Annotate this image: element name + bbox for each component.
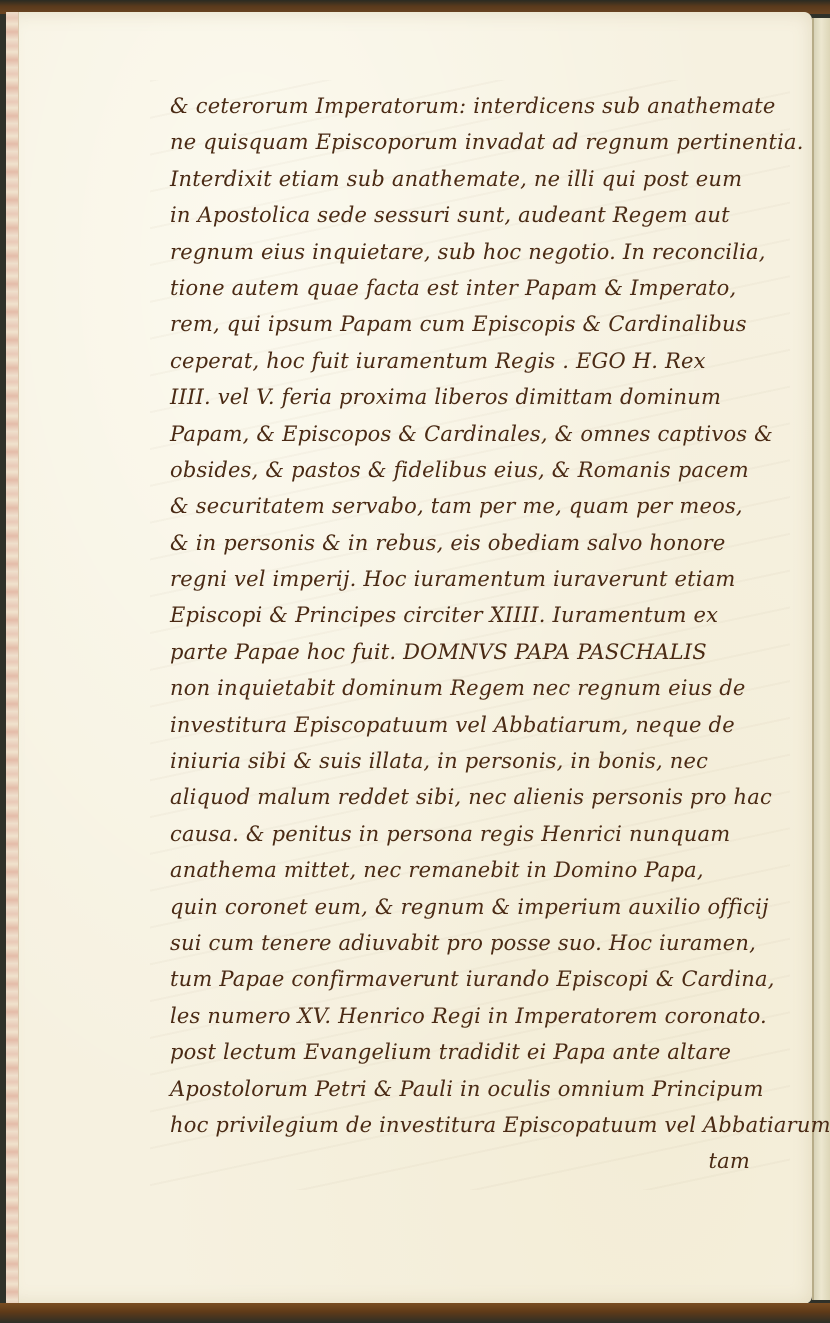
text-line: rem, qui ipsum Papam cum Episcopis & Car… bbox=[170, 306, 780, 342]
text-line: regnum eius inquietare, sub hoc negotio.… bbox=[170, 234, 780, 270]
text-line: in Apostolica sede sessuri sunt, audeant… bbox=[170, 197, 780, 233]
text-line: IIII. vel V. feria proxima liberos dimit… bbox=[170, 379, 780, 415]
catchword: tam bbox=[170, 1143, 780, 1179]
text-line: sui cum tenere adiuvabit pro posse suo. … bbox=[170, 925, 780, 961]
text-line: regni vel imperij. Hoc iuramentum iurave… bbox=[170, 561, 780, 597]
text-line: & in personis & in rebus, eis obediam sa… bbox=[170, 525, 780, 561]
book-edge-bottom bbox=[0, 1303, 830, 1323]
page-block-edge bbox=[6, 12, 19, 1304]
text-line: Episcopi & Principes circiter XIIII. Iur… bbox=[170, 597, 780, 633]
text-line: parte Papae hoc fuit. DOMNVS PAPA PASCHA… bbox=[170, 634, 780, 670]
text-line: quin coronet eum, & regnum & imperium au… bbox=[170, 889, 780, 925]
text-line: les numero XV. Henrico Regi in Imperator… bbox=[170, 998, 780, 1034]
text-line: ceperat, hoc fuit iuramentum Regis . EGO… bbox=[170, 343, 780, 379]
text-line: investitura Episcopatuum vel Abbatiarum,… bbox=[170, 707, 780, 743]
text-line: ne quisquam Episcoporum invadat ad regnu… bbox=[170, 124, 780, 160]
text-line: Papam, & Episcopos & Cardinales, & omnes… bbox=[170, 416, 780, 452]
next-page-edge bbox=[812, 18, 830, 1300]
text-line: obsides, & pastos & fidelibus eius, & Ro… bbox=[170, 452, 780, 488]
text-line: tione autem quae facta est inter Papam &… bbox=[170, 270, 780, 306]
text-line: tum Papae confirmaverunt iurando Episcop… bbox=[170, 961, 780, 997]
text-line: hoc privilegium de investitura Episcopat… bbox=[170, 1107, 780, 1143]
manuscript-scan: & ceterorum Imperatorum: interdicens sub… bbox=[0, 0, 830, 1323]
text-line: Interdixit etiam sub anathemate, ne illi… bbox=[170, 161, 780, 197]
text-line: & ceterorum Imperatorum: interdicens sub… bbox=[170, 88, 780, 124]
text-line: anathema mittet, nec remanebit in Domino… bbox=[170, 852, 780, 888]
text-line: & securitatem servabo, tam per me, quam … bbox=[170, 488, 780, 524]
text-line: aliquod malum reddet sibi, nec alienis p… bbox=[170, 779, 780, 815]
text-line: non inquietabit dominum Regem nec regnum… bbox=[170, 670, 780, 706]
text-line: iniuria sibi & suis illata, in personis,… bbox=[170, 743, 780, 779]
text-line: causa. & penitus in persona regis Henric… bbox=[170, 816, 780, 852]
text-line: post lectum Evangelium tradidit ei Papa … bbox=[170, 1034, 780, 1070]
handwritten-text: & ceterorum Imperatorum: interdicens sub… bbox=[170, 88, 780, 1180]
text-line: Apostolorum Petri & Pauli in oculis omni… bbox=[170, 1071, 780, 1107]
